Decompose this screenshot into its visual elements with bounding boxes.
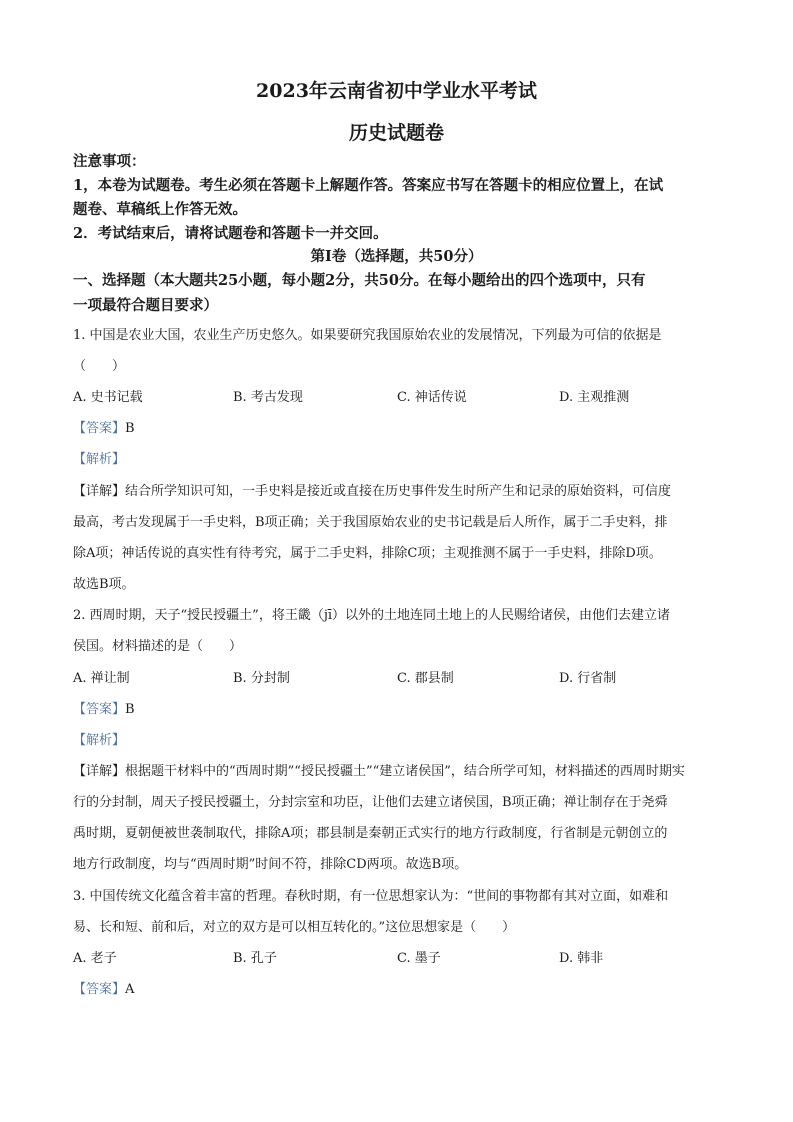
detail-line: 故选B项。 — [73, 573, 733, 592]
answer-label: 【答案】 — [73, 702, 125, 717]
question-stem: 3. 中国传统文化蕴含着丰富的哲理。春秋时期，有一位思想家认为：“世间的事物都有… — [73, 885, 733, 904]
question-stem: 易、长和短、前和后，对立的双方是可以相互转化的。”这位思想家是（ ） — [73, 916, 733, 935]
notice-heading: 注意事项： — [73, 150, 733, 171]
answer-value: B — [125, 702, 135, 717]
answer-line: 【答案】B — [73, 417, 733, 436]
exam-subtitle: 历史试题卷 — [0, 118, 793, 145]
option-c: C. 神话传说 — [397, 386, 467, 405]
option-c: C. 墨子 — [397, 947, 441, 966]
notice-item-1: 1，本卷为试题卷。考生必须在答题卡上解题作答。答案应书写在答题卡的相应位置上，在… — [73, 174, 733, 195]
section-instruction-cont: 一项最符合题目要求） — [73, 294, 733, 315]
option-a: A. 老子 — [73, 947, 117, 966]
question-stem: 2. 西周时期，天子“授民授疆土”，将王畿（jī）以外的土地连同土地上的人民赐给… — [73, 604, 733, 623]
answer-value: B — [125, 421, 135, 436]
option-d: D. 主观推测 — [559, 386, 629, 405]
detail-line: 【详解】根据题干材料中的“西周时期”“授民授疆土”“建立诸侯国”，结合所学可知，… — [73, 760, 733, 779]
answer-line: 【答案】B — [73, 698, 733, 717]
detail-line: 禹时期，夏朝便被世袭制取代，排除A项；郡县制是秦朝正式实行的地方行政制度，行省制… — [73, 822, 733, 841]
option-b: B. 分封制 — [233, 667, 290, 686]
detail-label: 【详解】 — [73, 484, 125, 499]
option-d: D. 行省制 — [559, 667, 616, 686]
notice-item-1-cont: 题卷、草稿纸上作答无效。 — [73, 198, 733, 219]
analysis-label: 【解析】 — [73, 448, 733, 467]
option-b: B. 考古发现 — [233, 386, 303, 405]
volume-heading: 第Ⅰ卷（选择题，共50分） — [0, 245, 793, 266]
exam-title: 2023年云南省初中学业水平考试 — [0, 76, 793, 103]
detail-line: 【详解】结合所学知识可知，一手史料是接近或直接在历史事件发生时所产生和记录的原始… — [73, 480, 733, 499]
detail-line: 行的分封制，周天子授民授疆土，分封宗室和功臣，让他们去建立诸侯国，B项正确；禅让… — [73, 791, 733, 810]
question-stem: （ ） — [73, 355, 733, 374]
answer-value: A — [125, 982, 134, 997]
answer-label: 【答案】 — [73, 982, 125, 997]
detail-line: 除A项；神话传说的真实性有待考究，属于二手史料，排除C项；主观推测不属于一手史料… — [73, 542, 733, 561]
detail-line: 地方行政制度，均与“西周时期”时间不符，排除CD两项。故选B项。 — [73, 853, 733, 872]
answer-line: 【答案】A — [73, 978, 733, 997]
analysis-label: 【解析】 — [73, 729, 733, 748]
answer-label: 【答案】 — [73, 421, 125, 436]
section-instruction: 一、选择题（本大题共25小题，每小题2分，共50分。在每小题给出的四个选项中，只… — [73, 269, 733, 290]
option-a: A. 史书记载 — [73, 386, 143, 405]
option-d: D. 韩非 — [559, 947, 603, 966]
option-a: A. 禅让制 — [73, 667, 130, 686]
question-stem: 1. 中国是农业大国，农业生产历史悠久。如果要研究我国原始农业的发展情况，下列最… — [73, 324, 733, 343]
exam-page: 2023年云南省初中学业水平考试 历史试题卷 注意事项： 1，本卷为试题卷。考生… — [0, 0, 793, 1122]
detail-label: 【详解】 — [73, 764, 125, 779]
question-stem: 侯国。材料描述的是（ ） — [73, 635, 733, 654]
option-b: B. 孔子 — [233, 947, 277, 966]
detail-line: 最高，考古发现属于一手史料，B项正确；关于我国原始农业的史书记载是后人所作，属于… — [73, 511, 733, 530]
notice-item-2: 2．考试结束后，请将试题卷和答题卡一并交回。 — [73, 222, 733, 243]
option-c: C. 郡县制 — [397, 667, 454, 686]
